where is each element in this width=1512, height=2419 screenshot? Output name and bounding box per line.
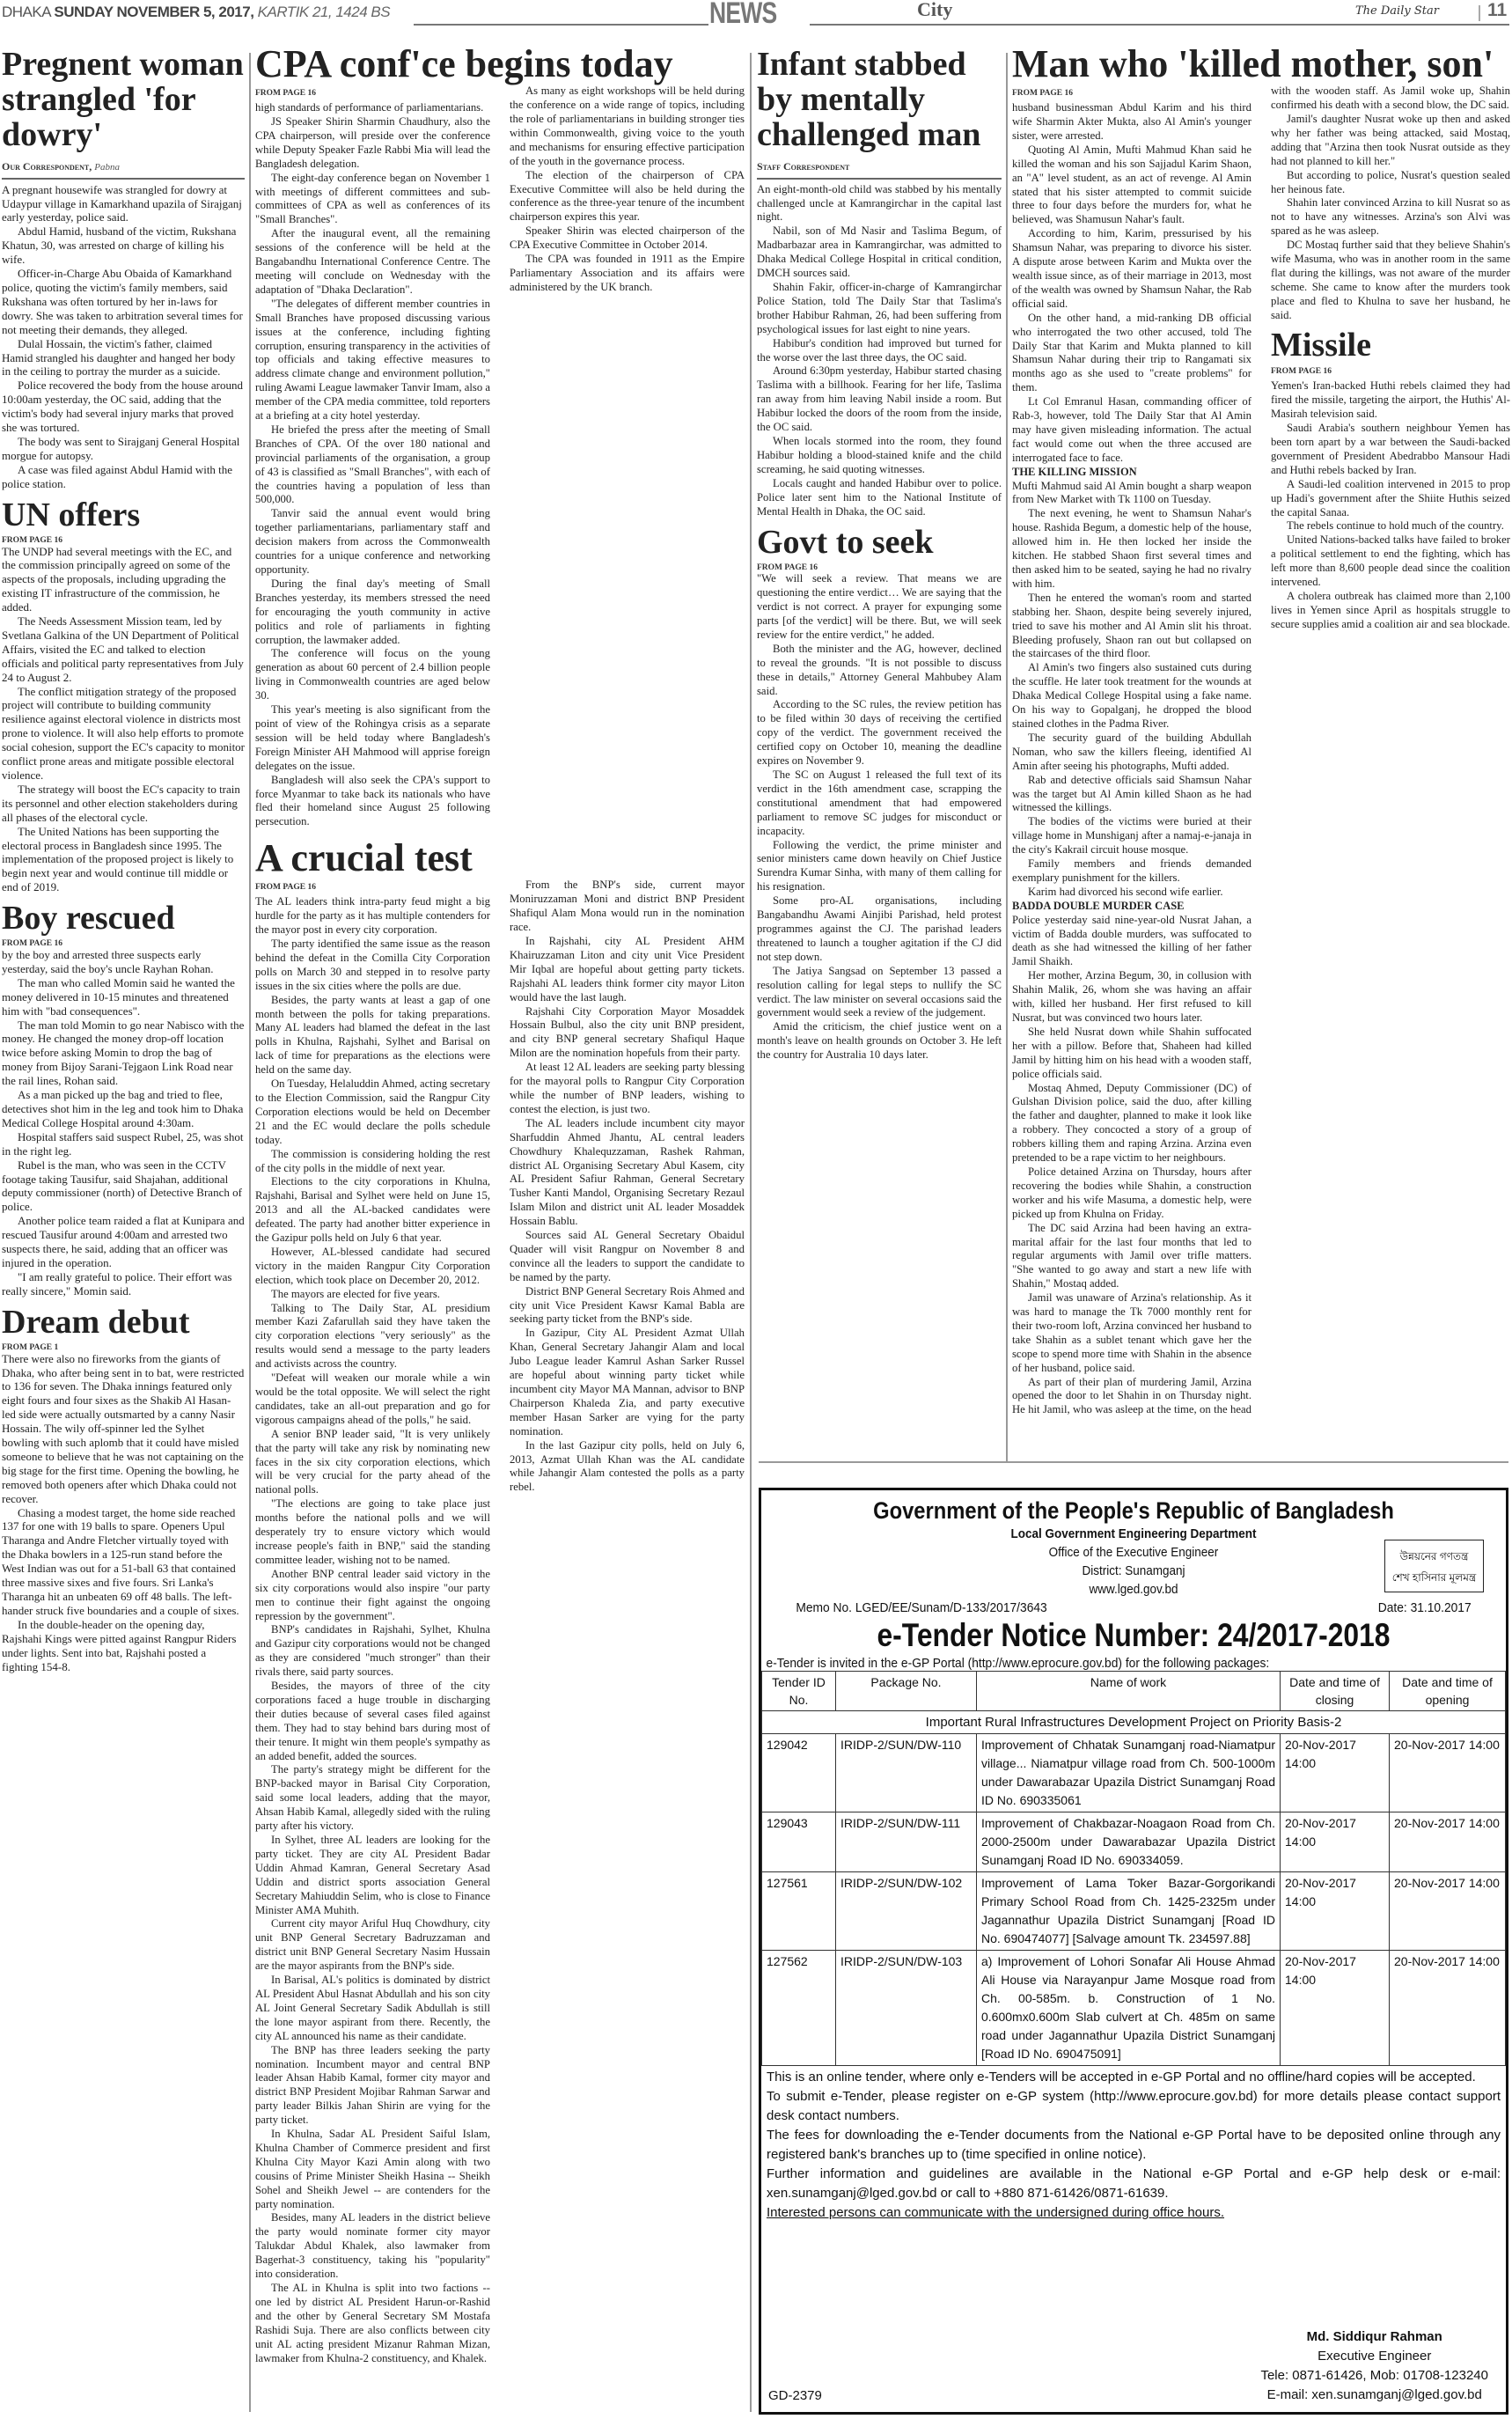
bangla-slogan-box: উন্নয়নের গণতন্ত্র শেখ হাসিনার মূলমন্ত্র (1384, 1540, 1484, 1592)
headline: Infant stabbed by mentally challenged ma… (757, 48, 1002, 153)
continued-from: FROM PAGE 16 (255, 87, 490, 101)
article-cpa-conference: CPA conf'ce begins today FROM PAGE 16 hi… (255, 44, 745, 833)
tender-notes: This is an online tender, where only e-T… (761, 2066, 1506, 2224)
signatory-title: Executive Engineer (1260, 2347, 1488, 2366)
subheading: THE KILLING MISSION (1012, 466, 1251, 480)
subsection-label: City (917, 0, 952, 21)
memo-line: Memo No. LGED/EE/Sunam/D-133/2017/3643 D… (791, 1600, 1476, 1615)
newspaper-logo: The Daily Star (1355, 4, 1439, 18)
article-govt-to-seek: Govt to seek FROM PAGE 16 "We will seek … (757, 526, 1002, 1062)
subheading: BADDA DOUBLE MURDER CASE (1012, 900, 1251, 914)
masthead-rule-right (810, 24, 1509, 26)
continued-from: FROM PAGE 16 (2, 536, 245, 545)
table-row: 127561 IRIDP-2/SUN/DW-102 Improvement of… (762, 1872, 1506, 1951)
signatory-phone: Tele: 0871-61426, Mob: 01708-123240 (1260, 2366, 1488, 2386)
headline: A crucial test (255, 838, 745, 879)
article-body: FROM PAGE 16 husband businessman Abdul K… (1012, 85, 1510, 1445)
article-infant-stabbed: Infant stabbed by mentally challenged ma… (757, 48, 1002, 518)
headline: Govt to seek (757, 526, 1002, 561)
project-row: Important Rural Infrastructures Developm… (762, 1711, 1506, 1734)
article-man-killed: Man who 'killed mother, son' FROM PAGE 1… (1012, 44, 1510, 1445)
notice-title: e-Tender Notice Number: 24/2017-2018 (813, 1617, 1454, 1654)
article-body: The UNDP had several meetings with the E… (2, 545, 245, 895)
article-crucial-test: A crucial test FROM PAGE 16 The AL leade… (255, 838, 745, 2393)
signature-block: Md. Siddiqur Rahman Executive Engineer T… (1260, 2327, 1488, 2405)
dateline-date: SUNDAY NOVEMBER 5, 2017, (54, 4, 253, 20)
column-right-b: Man who 'killed mother, son' FROM PAGE 1… (1012, 32, 1510, 1458)
headline: Boy rescued (2, 901, 245, 937)
section-label: NEWS (709, 0, 776, 31)
dateline-bangla-date: KARTIK 21, 1424 BS (258, 4, 390, 20)
byline: Our Correspondent, Pabna (2, 160, 245, 180)
tender-invitation: e-Tender is invited in the e-GP Portal (… (761, 1656, 1446, 1671)
page-number: 11 (1487, 0, 1507, 21)
column-rule (750, 53, 752, 2412)
ad-code: GD-2379 (768, 2388, 822, 2403)
headline: Man who 'killed mother, son' (1012, 44, 1510, 85)
tender-advertisement: Government of the People's Republic of B… (759, 1488, 1508, 2415)
headline: Dream debut (2, 1305, 245, 1341)
signatory-email: E-mail: xen.sunamganj@lged.gov.bd (1260, 2386, 1488, 2405)
table-row: 129043 IRIDP-2/SUN/DW-111 Improvement of… (762, 1812, 1506, 1872)
ad-title: Government of the People's Republic of B… (806, 1497, 1461, 1525)
byline: Staff Correspondent (757, 160, 1002, 180)
column-center: CPA conf'ce begins today FROM PAGE 16 hi… (255, 32, 745, 2417)
column-right-a: Infant stabbed by mentally challenged ma… (757, 32, 1002, 1458)
continued-from: FROM PAGE 16 (2, 939, 245, 948)
memo-number: Memo No. LGED/EE/Sunam/D-133/2017/3643 (796, 1600, 1046, 1615)
dateline: DHAKA SUNDAY NOVEMBER 5, 2017, KARTIK 21… (2, 4, 390, 21)
dateline-city: DHAKA (2, 4, 50, 20)
column-left: Pregnent woman strangled 'for dowry' Our… (2, 32, 245, 2417)
table-row: 127562 IRIDP-2/SUN/DW-103 a) Improvement… (762, 1951, 1506, 2066)
headline: CPA conf'ce begins today (255, 44, 745, 85)
article-pregnant-woman: Pregnent woman strangled 'for dowry' Our… (2, 48, 245, 491)
article-body: A pregnant housewife was strangled for d… (2, 183, 245, 491)
article-dream-debut: Dream debut FROM PAGE 1 There were also … (2, 1305, 245, 1674)
article-body: FROM PAGE 16 high standards of performan… (255, 85, 745, 833)
article-body: by the boy and arrested three suspects e… (2, 948, 245, 1298)
tender-table: Tender ID No. Package No. Name of work D… (761, 1671, 1506, 2066)
signatory-name: Md. Siddiqur Rahman (1260, 2327, 1488, 2347)
article-un-offers: UN offers FROM PAGE 16 The UNDP had seve… (2, 498, 245, 895)
continued-from: FROM PAGE 16 (757, 563, 1002, 572)
article-body: There were also no fireworks from the gi… (2, 1352, 245, 1674)
headline: Pregnent woman strangled 'for dowry' (2, 48, 245, 153)
memo-date: Date: 31.10.2017 (1378, 1600, 1472, 1615)
table-header-row: Tender ID No. Package No. Name of work D… (762, 1672, 1506, 1711)
table-row: 129042 IRIDP-2/SUN/DW-110 Improvement of… (762, 1734, 1506, 1812)
continued-from: FROM PAGE 1 (2, 1343, 245, 1352)
article-body: FROM PAGE 16 The AL leaders think intra-… (255, 879, 745, 2393)
ad-website: www.lged.gov.bd (798, 1580, 1468, 1599)
masthead: DHAKA SUNDAY NOVEMBER 5, 2017, KARTIK 21… (0, 0, 1512, 30)
article-body: An eight-month-old child was stabbed by … (757, 183, 1002, 519)
article-boy-rescued: Boy rescued FROM PAGE 16 by the boy and … (2, 901, 245, 1298)
masthead-separator (1479, 5, 1480, 21)
continued-from: FROM PAGE 16 (1271, 365, 1510, 379)
headline: UN offers (2, 498, 245, 533)
continued-from: FROM PAGE 16 (1012, 87, 1251, 101)
column-rule (1006, 53, 1008, 1461)
section-divider (759, 1461, 1508, 1463)
masthead-rule-left (414, 24, 708, 26)
column-rule (249, 53, 251, 2412)
ad-department-block: Local Government Engineering Department … (798, 1525, 1468, 1599)
headline-missile: Missile (1271, 328, 1510, 364)
article-body: "We will seek a review. That means we ar… (757, 572, 1002, 1062)
continued-from: FROM PAGE 16 (255, 881, 490, 895)
